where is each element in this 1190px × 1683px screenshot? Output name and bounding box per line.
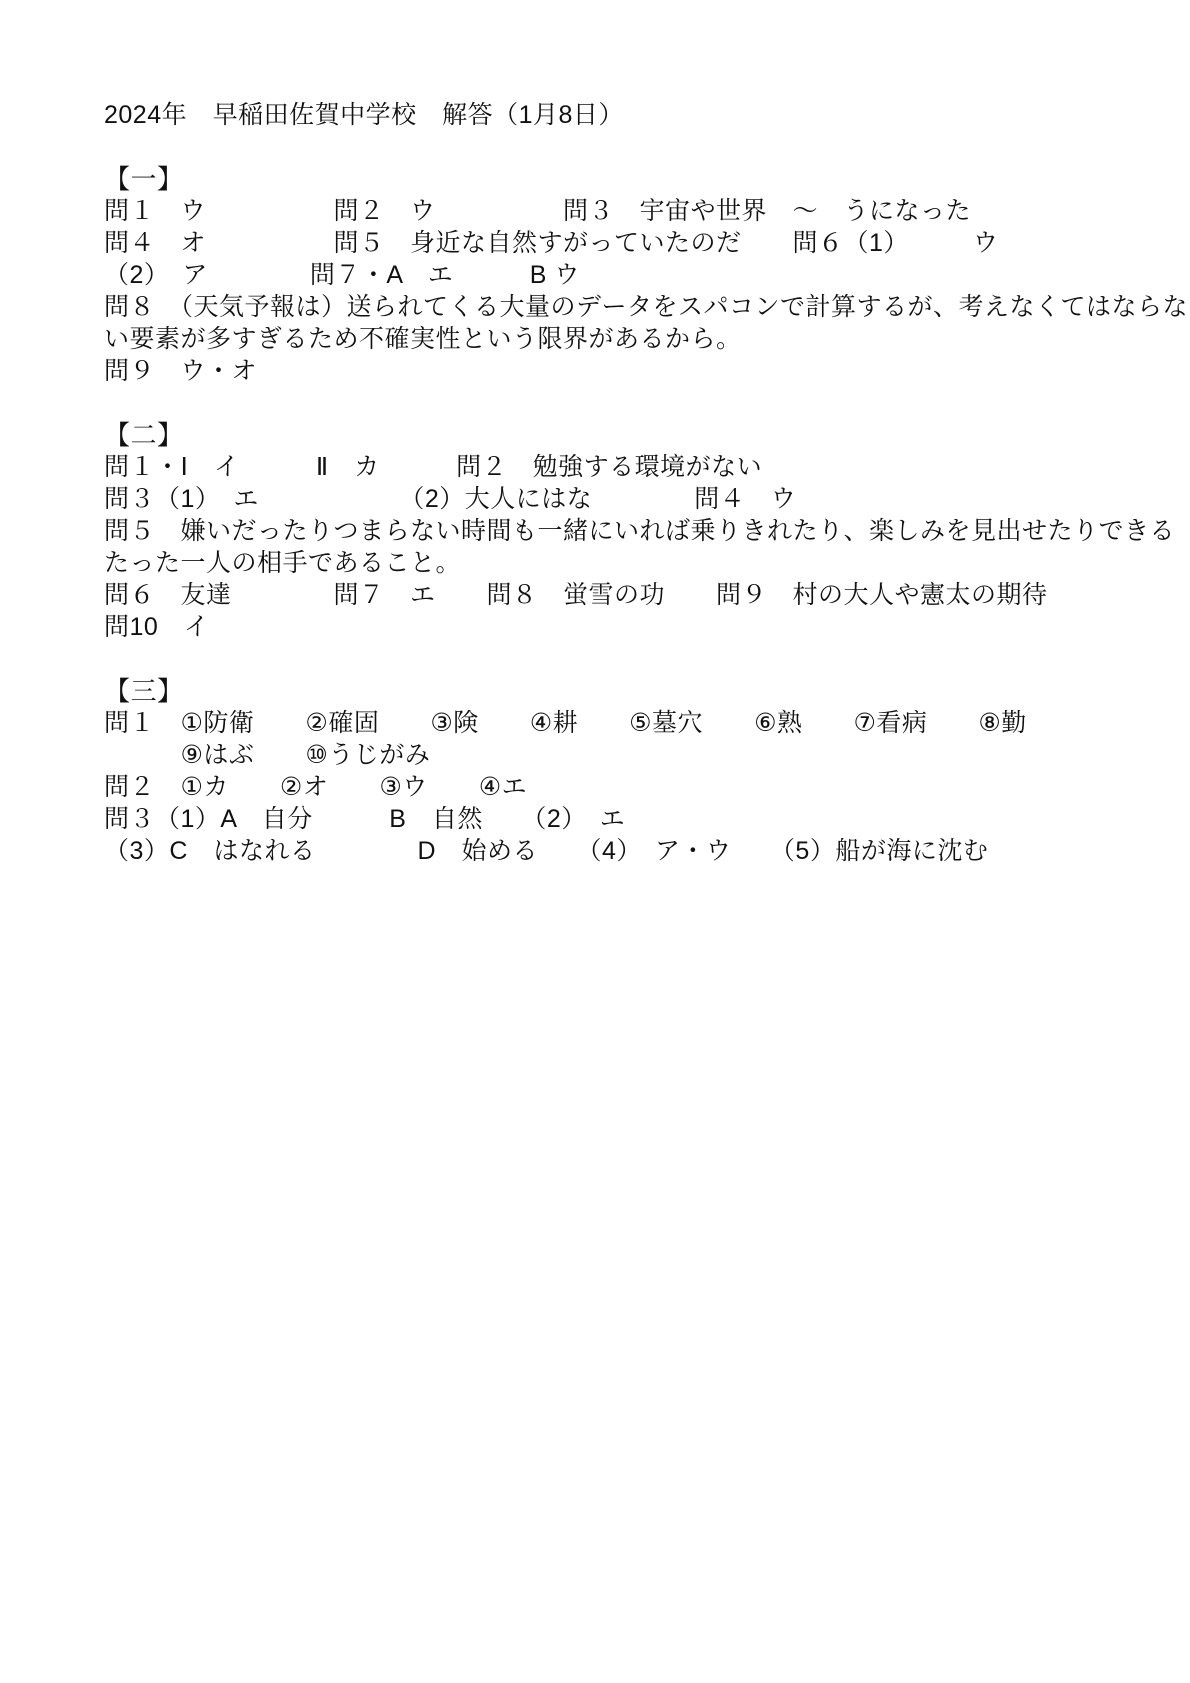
answer-line: 問１・Ⅰ イ Ⅱ カ 問２ 勉強する環境がない <box>104 451 1130 483</box>
answer-line: 問６ 友達 問７ エ 問８ 蛍雪の功 問９ 村の大人や憲太の期待 <box>104 579 1130 611</box>
blank-line <box>104 387 1130 419</box>
answer-line: 問２ ①カ ②オ ③ウ ④エ <box>104 771 1130 803</box>
answer-line: ⑨はぶ ⑩うじがみ <box>104 739 1130 771</box>
answer-line: 問９ ウ・オ <box>104 355 1130 387</box>
page-title: 2024年 早稲田佐賀中学校 解答（1月8日） <box>104 99 1130 131</box>
section-two-heading: 【二】 <box>104 419 1130 451</box>
answer-line: 問４ オ 問５ 身近な自然すがっていたのだ 問６（1） ウ <box>104 227 1130 259</box>
answer-line: 問５ 嫌いだったりつまらない時間も一緒にいれば乗りきれたり、楽しみを見出せたりで… <box>104 515 1130 547</box>
answer-line: 問３（1）A 自分 B 自然 （2） エ <box>104 803 1130 835</box>
answer-line: 問３（1） エ （2）大人にはな 問４ ウ <box>104 483 1130 515</box>
answer-line: い要素が多すぎるため不確実性という限界があるから。 <box>104 323 1130 355</box>
blank-line <box>104 131 1130 163</box>
answer-sheet-page: 2024年 早稲田佐賀中学校 解答（1月8日） 【一】 問１ ウ 問２ ウ 問３… <box>0 0 1190 1683</box>
section-three-heading: 【三】 <box>104 675 1130 707</box>
answer-line: 問10 イ <box>104 611 1130 643</box>
answer-line: 問８ （天気予報は）送られてくる大量のデータをスパコンで計算するが、考えなくては… <box>104 291 1130 323</box>
answer-line: 問１ ①防衛 ②確固 ③険 ④耕 ⑤墓穴 ⑥熟 ⑦看病 ⑧勤 <box>104 707 1130 739</box>
answer-line: 問１ ウ 問２ ウ 問３ 宇宙や世界 ～ うになった <box>104 195 1130 227</box>
answer-line: たった一人の相手であること。 <box>104 547 1130 579</box>
answer-line: （2） ア 問７・A エ B ウ <box>104 259 1130 291</box>
answer-sheet-content: 2024年 早稲田佐賀中学校 解答（1月8日） 【一】 問１ ウ 問２ ウ 問３… <box>104 99 1130 867</box>
section-one-heading: 【一】 <box>104 163 1130 195</box>
blank-line <box>104 643 1130 675</box>
answer-line: （3）C はなれる D 始める （4） ア・ウ （5）船が海に沈む <box>104 835 1130 867</box>
